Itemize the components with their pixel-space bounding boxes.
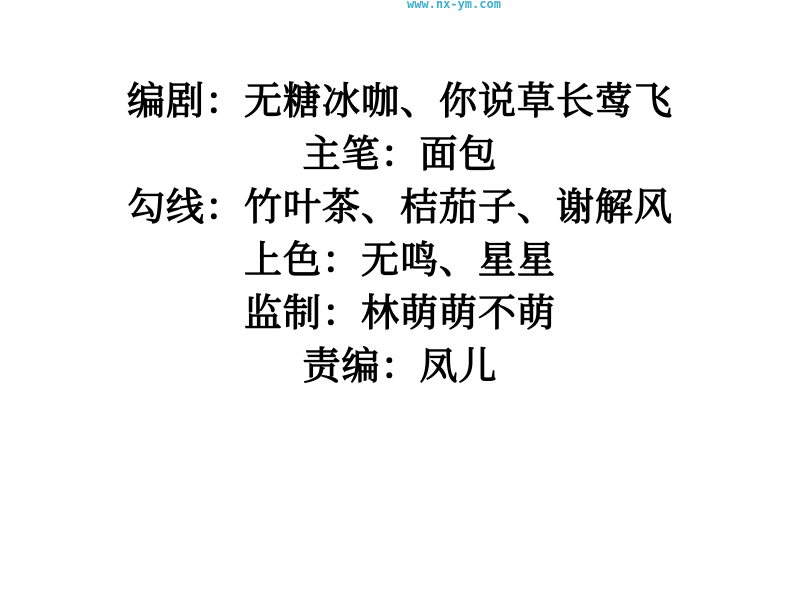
credit-line-editor: 责编：凤儿 xyxy=(0,340,800,393)
comic-credits-page: www.nx-ym.com 编剧：无糖冰咖、你说草长莺飞 主笔：面包 勾线：竹叶… xyxy=(0,0,800,600)
credit-line-supervisor: 监制：林萌萌不萌 xyxy=(0,287,800,340)
credit-line-line-art: 勾线：竹叶茶、桔茄子、谢解风 xyxy=(0,181,800,234)
credit-line-coloring: 上色：无鸣、星星 xyxy=(0,234,800,287)
credit-line-lead-artist: 主笔：面包 xyxy=(0,128,800,181)
watermark-url: www.nx-ym.com xyxy=(407,0,501,11)
credit-line-screenwriter: 编剧：无糖冰咖、你说草长莺飞 xyxy=(0,75,800,128)
credits-block: 编剧：无糖冰咖、你说草长莺飞 主笔：面包 勾线：竹叶茶、桔茄子、谢解风 上色：无… xyxy=(0,75,800,393)
